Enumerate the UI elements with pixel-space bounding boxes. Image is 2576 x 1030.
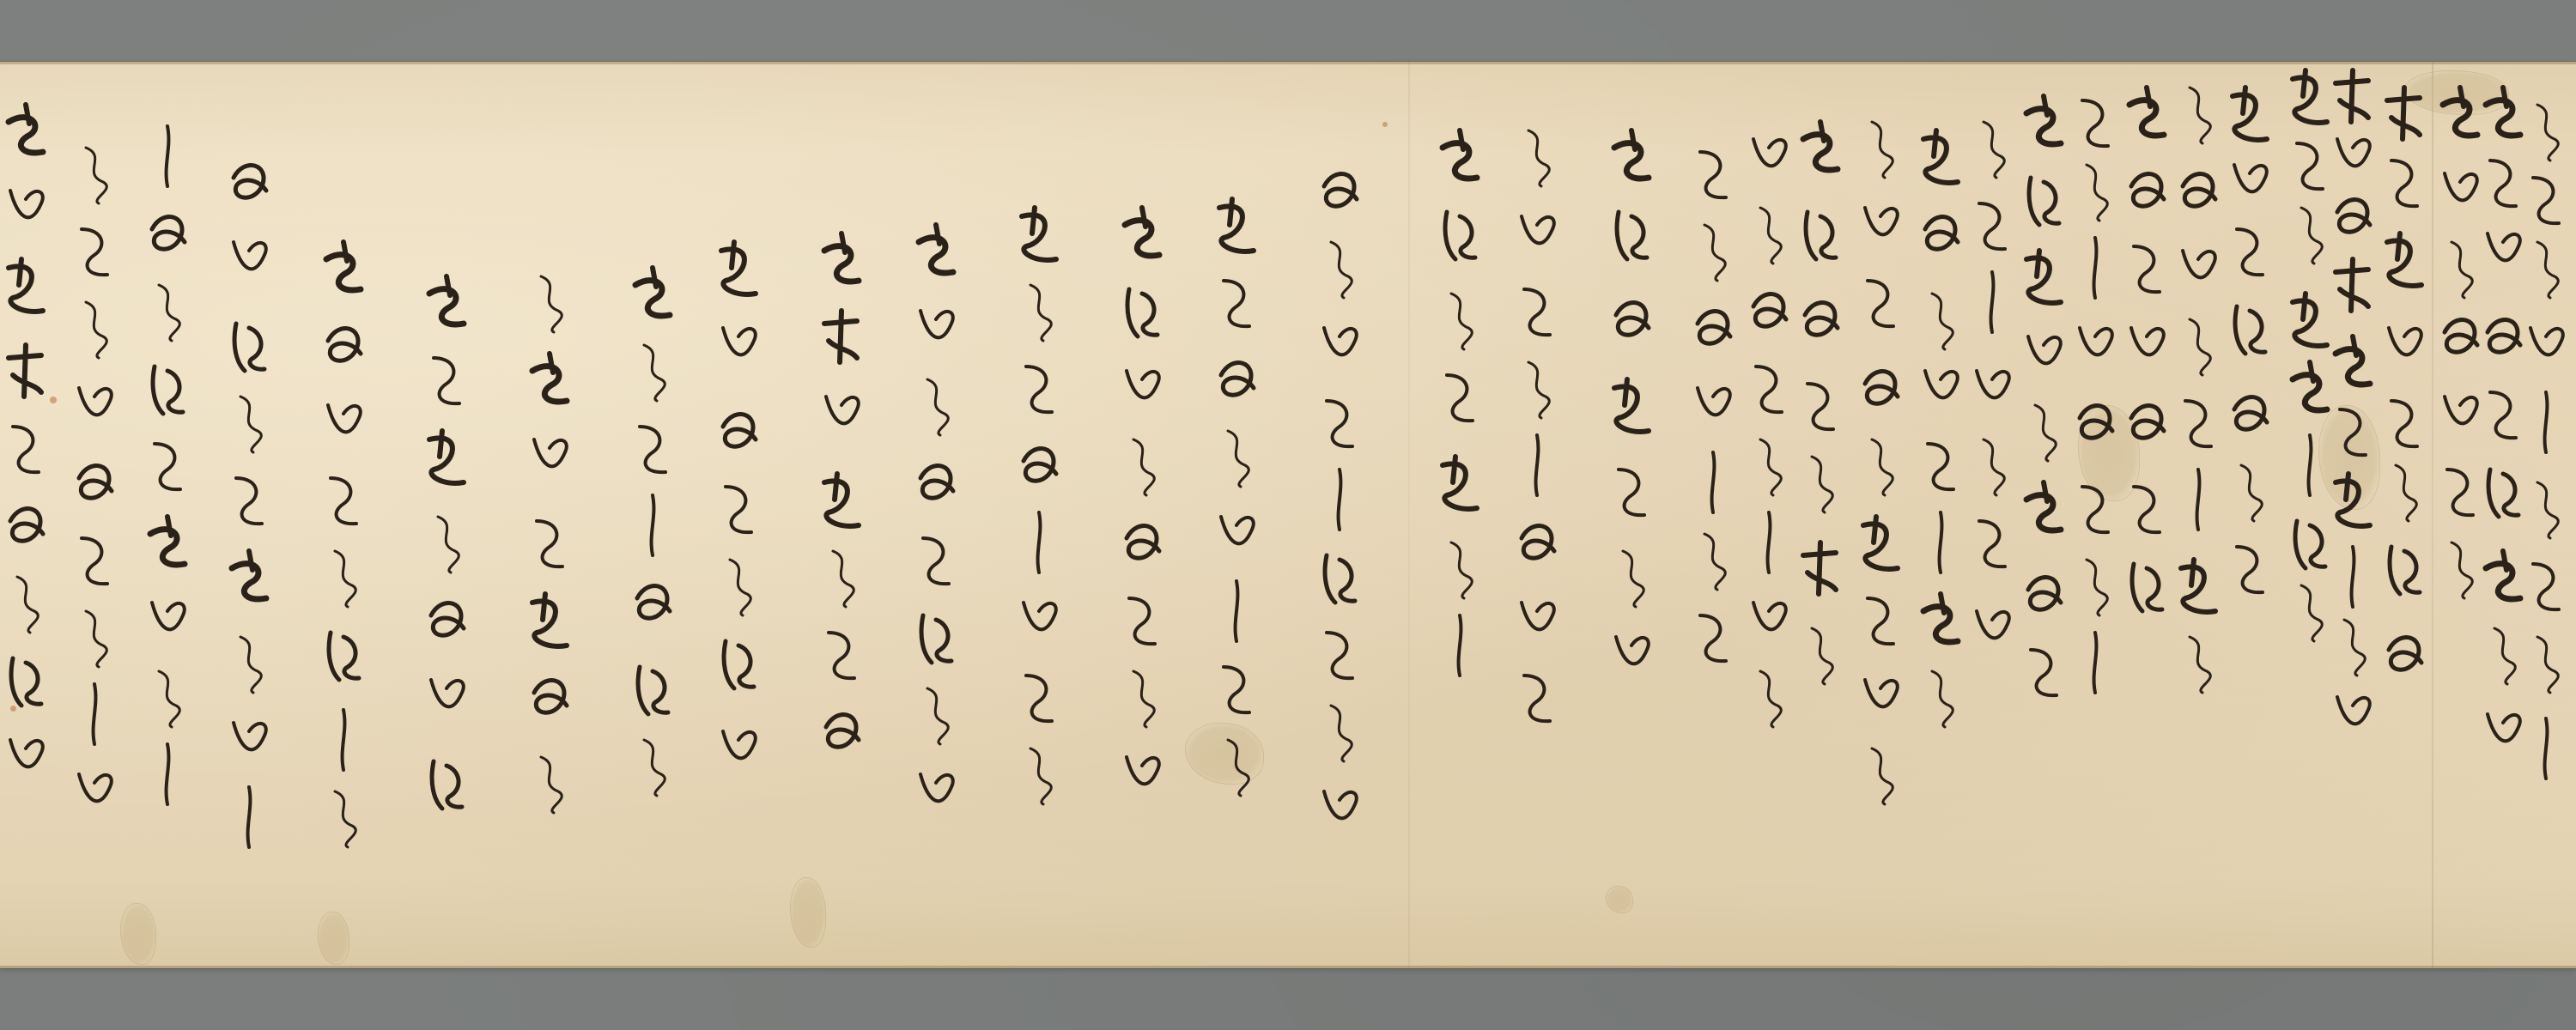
handscroll-paper: Section of a Japanese handscroll with ve… bbox=[0, 62, 2576, 968]
column-4 bbox=[2387, 88, 2421, 669]
column-10 bbox=[2080, 100, 2112, 693]
column-17 bbox=[1698, 152, 1730, 661]
column-33 bbox=[150, 126, 185, 804]
column-16 bbox=[1753, 139, 1786, 727]
column-2 bbox=[2486, 88, 2520, 741]
column-14 bbox=[1863, 122, 1898, 804]
column-21 bbox=[1324, 174, 1357, 819]
column-13 bbox=[1923, 130, 1958, 727]
column-26 bbox=[824, 233, 859, 747]
column-15 bbox=[1803, 122, 1838, 684]
column-12 bbox=[1977, 122, 2009, 638]
column-6 bbox=[2293, 70, 2327, 641]
column-31 bbox=[326, 242, 361, 847]
column-28 bbox=[635, 268, 670, 796]
column-9 bbox=[2129, 88, 2164, 611]
column-32 bbox=[232, 166, 266, 847]
column-35 bbox=[9, 105, 43, 766]
column-8 bbox=[2181, 88, 2215, 693]
column-5 bbox=[2336, 70, 2370, 724]
column-20 bbox=[1443, 130, 1477, 676]
column-1 bbox=[2530, 105, 2563, 779]
column-22 bbox=[1219, 199, 1254, 796]
column-27 bbox=[721, 242, 756, 758]
column-3 bbox=[2443, 88, 2477, 598]
column-7 bbox=[2233, 88, 2267, 592]
column-11 bbox=[2026, 96, 2061, 695]
calligraphy-ink bbox=[0, 62, 2576, 968]
column-34 bbox=[79, 148, 112, 801]
column-25 bbox=[919, 225, 953, 801]
column-23 bbox=[1125, 208, 1159, 784]
column-18 bbox=[1614, 130, 1649, 663]
column-29 bbox=[532, 276, 567, 813]
column-19 bbox=[1522, 130, 1554, 721]
column-30 bbox=[429, 276, 464, 809]
column-24 bbox=[1022, 208, 1056, 804]
